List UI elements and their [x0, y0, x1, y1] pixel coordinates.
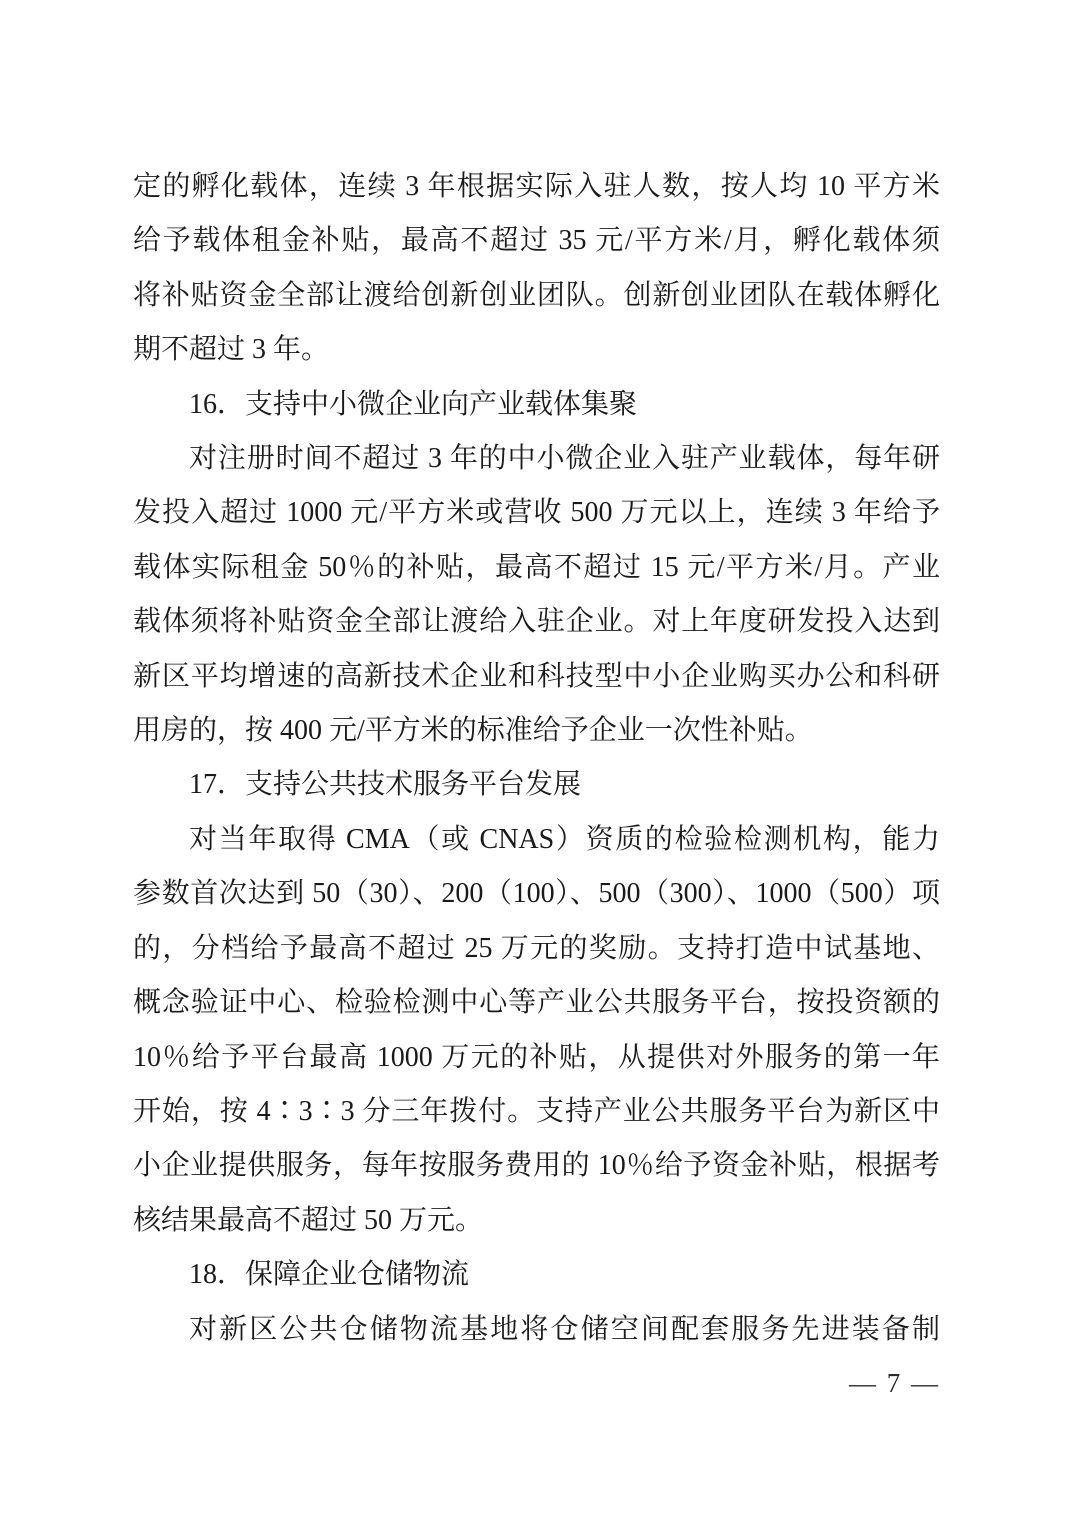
section-17-heading: 17．支持公共技术服务平台发展 [133, 758, 940, 812]
text-line: 对注册时间不超过 3 年的中小微企业入驻产业载体，每年研 [133, 432, 940, 486]
document-body: 定的孵化载体，连续 3 年根据实际入驻人数，按人均 10 平方米 给予载体租金补… [133, 160, 940, 1357]
text-line: 开始，按 4∶3∶3 分三年拨付。支持产业公共服务平台为新区中 [133, 1085, 940, 1139]
text-line: 核结果最高不超过 50 万元。 [133, 1194, 940, 1248]
section-16-heading: 16．支持中小微企业向产业载体集聚 [133, 378, 940, 432]
document-page: 定的孵化载体，连续 3 年根据实际入驻人数，按人均 10 平方米 给予载体租金补… [0, 0, 1074, 1520]
text-line: 小企业提供服务，每年按服务费用的 10％给予资金补贴，根据考 [133, 1139, 940, 1193]
page-number: — 7 — [849, 1367, 940, 1399]
text-line: 参数首次达到 50（30）、200（100）、500（300）、1000（500… [133, 867, 940, 921]
text-line: 10％给予平台最高 1000 万元的补贴，从提供对外服务的第一年 [133, 1031, 940, 1085]
text-line: 载体实际租金 50％的补贴，最高不超过 15 元/平方米/月。产业 [133, 541, 940, 595]
text-line: 的，分档给予最高不超过 25 万元的奖励。支持打造中试基地、 [133, 922, 940, 976]
text-line: 给予载体租金补贴，最高不超过 35 元/平方米/月，孵化载体须 [133, 214, 940, 268]
text-line: 将补贴资金全部让渡给创新创业团队。创新创业团队在载体孵化 [133, 269, 940, 323]
text-line: 对新区公共仓储物流基地将仓储空间配套服务先进装备制 [133, 1303, 940, 1357]
text-line: 发投入超过 1000 元/平方米或营收 500 万元以上，连续 3 年给予 [133, 486, 940, 540]
text-line: 新区平均增速的高新技术企业和科技型中小企业购买办公和科研 [133, 650, 940, 704]
text-line: 定的孵化载体，连续 3 年根据实际入驻人数，按人均 10 平方米 [133, 160, 940, 214]
text-line: 期不超过 3 年。 [133, 323, 940, 377]
section-18-heading: 18．保障企业仓储物流 [133, 1248, 940, 1302]
text-line: 用房的，按 400 元/平方米的标准给予企业一次性补贴。 [133, 704, 940, 758]
text-line: 概念验证中心、检验检测中心等产业公共服务平台，按投资额的 [133, 976, 940, 1030]
text-line: 对当年取得 CMA（或 CNAS）资质的检验检测机构，能力 [133, 813, 940, 867]
text-line: 载体须将补贴资金全部让渡给入驻企业。对上年度研发投入达到 [133, 595, 940, 649]
